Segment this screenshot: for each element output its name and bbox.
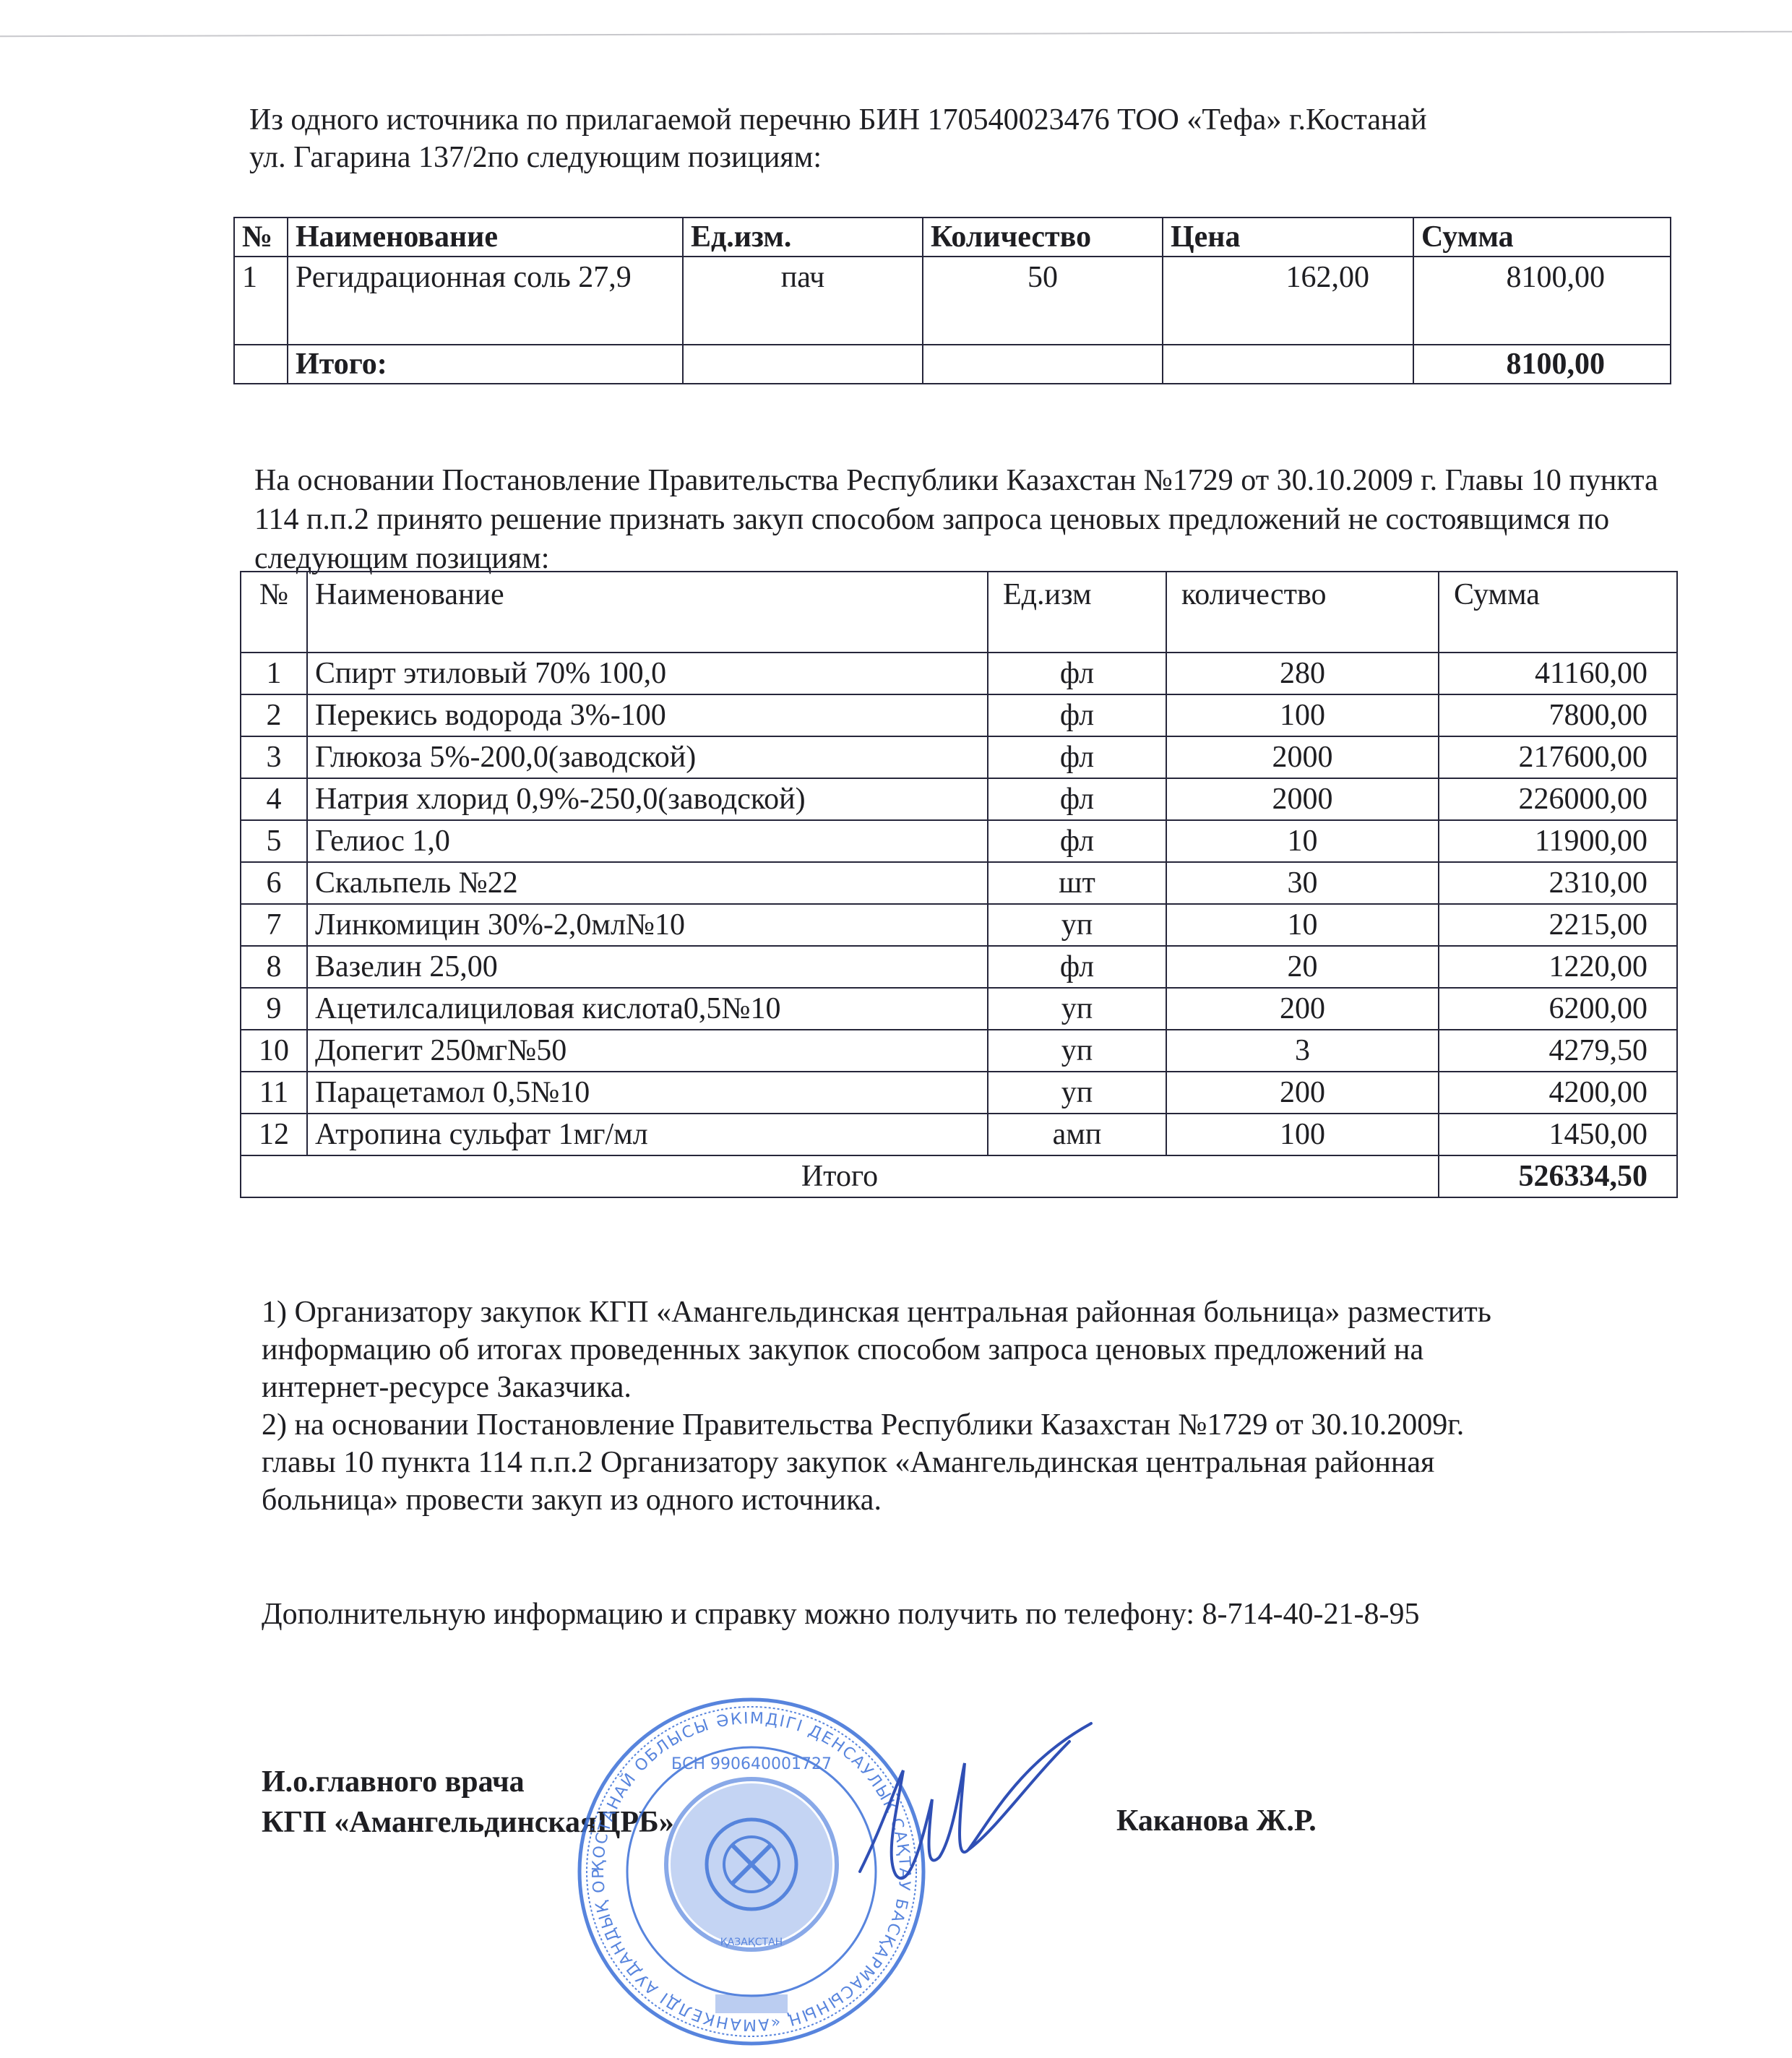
cell-unit: фл — [988, 653, 1166, 694]
failed-procurement-table: № Наименование Ед.изм количество Сумма 1… — [240, 571, 1678, 1198]
cell-sum: 8100,00 — [1413, 257, 1671, 345]
cell-name: Гелиос 1,0 — [307, 820, 988, 862]
cell-unit: фл — [988, 778, 1166, 820]
cell-unit: уп — [988, 988, 1166, 1030]
col-header-sum: Сумма — [1413, 218, 1671, 257]
table-row: 8Вазелин 25,00фл201220,00 — [241, 946, 1677, 988]
cell-name: Парацетамол 0,5№10 — [307, 1072, 988, 1114]
total-label: Итого: — [288, 345, 683, 384]
table-row: 10Допегит 250мг№50уп34279,50 — [241, 1030, 1677, 1072]
col-header-no: № — [241, 572, 307, 653]
cell-sum: 4279,50 — [1439, 1030, 1677, 1072]
single-source-table: № Наименование Ед.изм. Количество Цена С… — [233, 217, 1671, 384]
cell-no: 3 — [241, 736, 307, 778]
cell-no: 4 — [241, 778, 307, 820]
scan-edge-line — [0, 31, 1792, 37]
cell-unit: фл — [988, 736, 1166, 778]
cell-no: 11 — [241, 1072, 307, 1114]
table-row: 2Перекись водорода 3%-100фл1007800,00 — [241, 694, 1677, 736]
table-row: 12Атропина сульфат 1мг/мламп1001450,00 — [241, 1114, 1677, 1155]
cell-no: 1 — [241, 653, 307, 694]
cell-name: Глюкоза 5%-200,0(заводской) — [307, 736, 988, 778]
cell-qty: 2000 — [1166, 736, 1439, 778]
table-row: 11Парацетамол 0,5№10уп2004200,00 — [241, 1072, 1677, 1114]
total-sum: 526334,50 — [1439, 1155, 1677, 1197]
orders-section: 1) Организатору закупок КГП «Амангельдин… — [262, 1293, 1671, 1519]
table-row: 5Гелиос 1,0фл1011900,00 — [241, 820, 1677, 862]
cell-sum: 217600,00 — [1439, 736, 1677, 778]
cell-unit: фл — [988, 694, 1166, 736]
cell-qty: 200 — [1166, 1072, 1439, 1114]
order-1-line-3: интернет-ресурсе Заказчика. — [262, 1369, 1671, 1406]
cell-no: 5 — [241, 820, 307, 862]
cell-empty — [234, 345, 288, 384]
cell-sum: 1450,00 — [1439, 1114, 1677, 1155]
cell-sum: 226000,00 — [1439, 778, 1677, 820]
cell-unit: пач — [683, 257, 923, 345]
handwritten-signature-icon — [853, 1720, 1098, 1922]
cell-name: Скальпель №22 — [307, 862, 988, 904]
col-header-name: Наименование — [288, 218, 683, 257]
contact-phone-line: Дополнительную информацию и справку можн… — [262, 1596, 1634, 1633]
table-row: 1 Регидрационная соль 27,9 пач 50 162,00… — [234, 257, 1671, 345]
cell-unit: уп — [988, 904, 1166, 946]
cell-name: Вазелин 25,00 — [307, 946, 988, 988]
cell-sum: 2215,00 — [1439, 904, 1677, 946]
col-header-no: № — [234, 218, 288, 257]
intro-paragraph: Из одного источника по прилагаемой переч… — [249, 101, 1622, 176]
table-row: 6Скальпель №22шт302310,00 — [241, 862, 1677, 904]
cell-name: Допегит 250мг№50 — [307, 1030, 988, 1072]
col-header-price: Цена — [1163, 218, 1413, 257]
cell-sum: 41160,00 — [1439, 653, 1677, 694]
col-header-qty: количество — [1166, 572, 1439, 653]
cell-empty — [683, 345, 923, 384]
col-header-unit: Ед.изм — [988, 572, 1166, 653]
cell-empty — [923, 345, 1163, 384]
cell-no: 1 — [234, 257, 288, 345]
cell-sum: 2310,00 — [1439, 862, 1677, 904]
stamp-bin: БСН 990640001727 — [671, 1755, 832, 1773]
cell-name: Спирт этиловый 70% 100,0 — [307, 653, 988, 694]
cell-qty: 10 — [1166, 820, 1439, 862]
table-row: 9Ацетилсалициловая кислота0,5№10уп200620… — [241, 988, 1677, 1030]
basis-paragraph: На основании Постановление Правительства… — [254, 461, 1663, 578]
order-2-line-2: главы 10 пункта 114 п.п.2 Организатору з… — [262, 1444, 1671, 1481]
cell-qty: 10 — [1166, 904, 1439, 946]
cell-name: Перекись водорода 3%-100 — [307, 694, 988, 736]
total-sum: 8100,00 — [1413, 345, 1671, 384]
cell-no: 2 — [241, 694, 307, 736]
cell-price: 162,00 — [1163, 257, 1413, 345]
intro-line-2: ул. Гагарина 137/2по следующим позициям: — [249, 139, 1622, 176]
table-row: 7Линкомицин 30%-2,0мл№10уп102215,00 — [241, 904, 1677, 946]
signatory-name: Каканова Ж.Р. — [1116, 1801, 1317, 1841]
cell-sum: 1220,00 — [1439, 946, 1677, 988]
cell-qty: 200 — [1166, 988, 1439, 1030]
col-header-name: Наименование — [307, 572, 988, 653]
cell-sum: 11900,00 — [1439, 820, 1677, 862]
order-1-line-1: 1) Организатору закупок КГП «Амангельдин… — [262, 1293, 1671, 1331]
cell-no: 12 — [241, 1114, 307, 1155]
cell-no: 10 — [241, 1030, 307, 1072]
col-header-qty: Количество — [923, 218, 1163, 257]
cell-name: Регидрационная соль 27,9 — [288, 257, 683, 345]
table-row: 3Глюкоза 5%-200,0(заводской)фл2000217600… — [241, 736, 1677, 778]
cell-unit: уп — [988, 1030, 1166, 1072]
intro-line-1: Из одного источника по прилагаемой переч… — [249, 101, 1622, 139]
order-2-line-3: больница» провести закуп из одного источ… — [262, 1481, 1671, 1519]
cell-unit: уп — [988, 1072, 1166, 1114]
cell-sum: 6200,00 — [1439, 988, 1677, 1030]
cell-no: 9 — [241, 988, 307, 1030]
order-1-line-2: информацию об итогах проведенных закупок… — [262, 1331, 1671, 1369]
cell-unit: фл — [988, 820, 1166, 862]
table-total-row: Итого526334,50 — [241, 1155, 1677, 1197]
cell-unit: фл — [988, 946, 1166, 988]
cell-qty: 100 — [1166, 1114, 1439, 1155]
col-header-sum: Сумма — [1439, 572, 1677, 653]
cell-no: 7 — [241, 904, 307, 946]
stamp-emblem-label: ҚАЗАҚСТАН — [720, 1937, 783, 1948]
cell-qty: 3 — [1166, 1030, 1439, 1072]
cell-empty — [1163, 345, 1413, 384]
cell-qty: 100 — [1166, 694, 1439, 736]
cell-name: Атропина сульфат 1мг/мл — [307, 1114, 988, 1155]
cell-no: 8 — [241, 946, 307, 988]
cell-unit: амп — [988, 1114, 1166, 1155]
table-total-row: Итого: 8100,00 — [234, 345, 1671, 384]
table-row: 4Натрия хлорид 0,9%-250,0(заводской)фл20… — [241, 778, 1677, 820]
cell-unit: шт — [988, 862, 1166, 904]
cell-sum: 7800,00 — [1439, 694, 1677, 736]
cell-no: 6 — [241, 862, 307, 904]
cell-name: Линкомицин 30%-2,0мл№10 — [307, 904, 988, 946]
total-label: Итого — [241, 1155, 1439, 1197]
failed-table-body: 1Спирт этиловый 70% 100,0фл28041160,002П… — [241, 653, 1677, 1197]
table-row: 1Спирт этиловый 70% 100,0фл28041160,00 — [241, 653, 1677, 694]
cell-qty: 280 — [1166, 653, 1439, 694]
order-2-line-1: 2) на основании Постановление Правительс… — [262, 1406, 1671, 1444]
cell-qty: 20 — [1166, 946, 1439, 988]
cell-qty: 2000 — [1166, 778, 1439, 820]
cell-sum: 4200,00 — [1439, 1072, 1677, 1114]
cell-qty: 50 — [923, 257, 1163, 345]
table-header-row: № Наименование Ед.изм количество Сумма — [241, 572, 1677, 653]
cell-name: Ацетилсалициловая кислота0,5№10 — [307, 988, 988, 1030]
table-header-row: № Наименование Ед.изм. Количество Цена С… — [234, 218, 1671, 257]
col-header-unit: Ед.изм. — [683, 218, 923, 257]
cell-name: Натрия хлорид 0,9%-250,0(заводской) — [307, 778, 988, 820]
cell-qty: 30 — [1166, 862, 1439, 904]
